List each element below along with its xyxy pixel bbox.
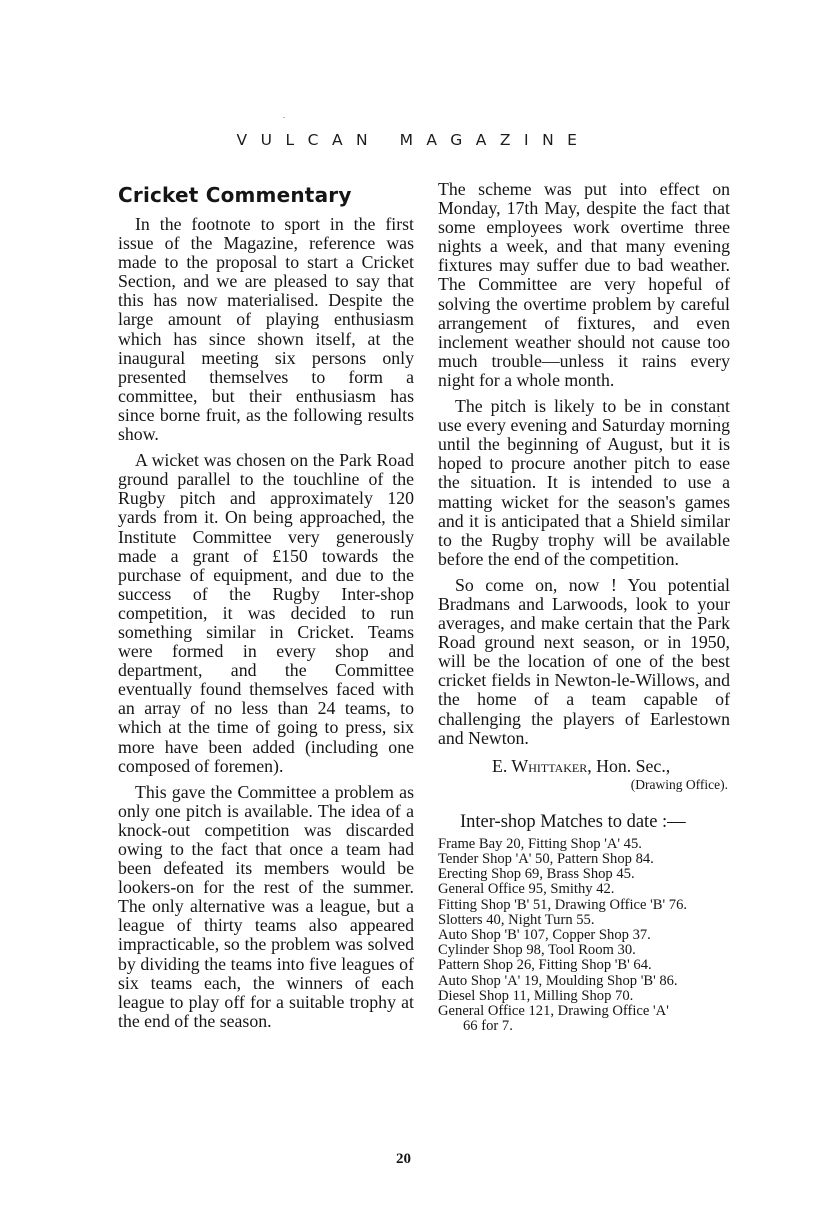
match-result: Auto Shop 'B' 107, Copper Shop 37. xyxy=(438,928,730,943)
match-result: Auto Shop 'A' 19, Moulding Shop 'B' 86. xyxy=(438,974,730,989)
match-result: Pattern Shop 26, Fitting Shop 'B' 64. xyxy=(438,958,730,973)
match-result: General Office 121, Drawing Office 'A' 6… xyxy=(438,1004,730,1034)
article-right-column: The scheme was put into effect on Monday… xyxy=(438,180,730,1052)
author-name: E. Whittaker xyxy=(492,756,587,776)
signature-separator: , xyxy=(587,756,596,776)
match-result: Frame Bay 20, Fitting Shop 'A' 45. xyxy=(438,837,730,852)
author-title: Hon. Sec., xyxy=(596,756,670,776)
article-left-column: Cricket Commentary In the footnote to sp… xyxy=(118,180,414,1031)
article-paragraph: The scheme was put into effect on Monday… xyxy=(438,180,730,390)
match-results-list: Frame Bay 20, Fitting Shop 'A' 45. Tende… xyxy=(438,837,730,1035)
match-result-text: General Office 121, Drawing Office 'A' xyxy=(438,1003,669,1019)
match-result: Cylinder Shop 98, Tool Room 30. xyxy=(438,943,730,958)
matches-heading: Inter-shop Matches to date :— xyxy=(438,811,730,833)
match-result: General Office 95, Smithy 42. xyxy=(438,882,730,897)
match-result: Erecting Shop 69, Brass Shop 45. xyxy=(438,867,730,882)
print-speck xyxy=(283,117,285,118)
article-paragraph: The pitch is likely to be in constant us… xyxy=(438,397,730,569)
article-paragraph: In the footnote to sport in the first is… xyxy=(118,215,414,444)
match-result: Diesel Shop 11, Milling Shop 70. xyxy=(438,989,730,1004)
author-affiliation: (Drawing Office). xyxy=(438,777,730,793)
article-paragraph: A wicket was chosen on the Park Road gro… xyxy=(118,451,414,776)
article-paragraph: So come on, now ! You potential Bradmans… xyxy=(438,576,730,748)
match-result: Slotters 40, Night Turn 55. xyxy=(438,913,730,928)
magazine-masthead: VULCAN MAGAZINE xyxy=(0,131,819,149)
article-title: Cricket Commentary xyxy=(118,183,414,207)
page-number: 20 xyxy=(0,1151,819,1168)
match-result-continuation: 66 for 7. xyxy=(438,1019,730,1034)
author-signature: E. Whittaker, Hon. Sec., xyxy=(438,756,730,776)
match-result: Tender Shop 'A' 50, Pattern Shop 84. xyxy=(438,852,730,867)
match-result: Fitting Shop 'B' 51, Drawing Office 'B' … xyxy=(438,898,730,913)
article-paragraph: This gave the Committee a problem as onl… xyxy=(118,783,414,1031)
